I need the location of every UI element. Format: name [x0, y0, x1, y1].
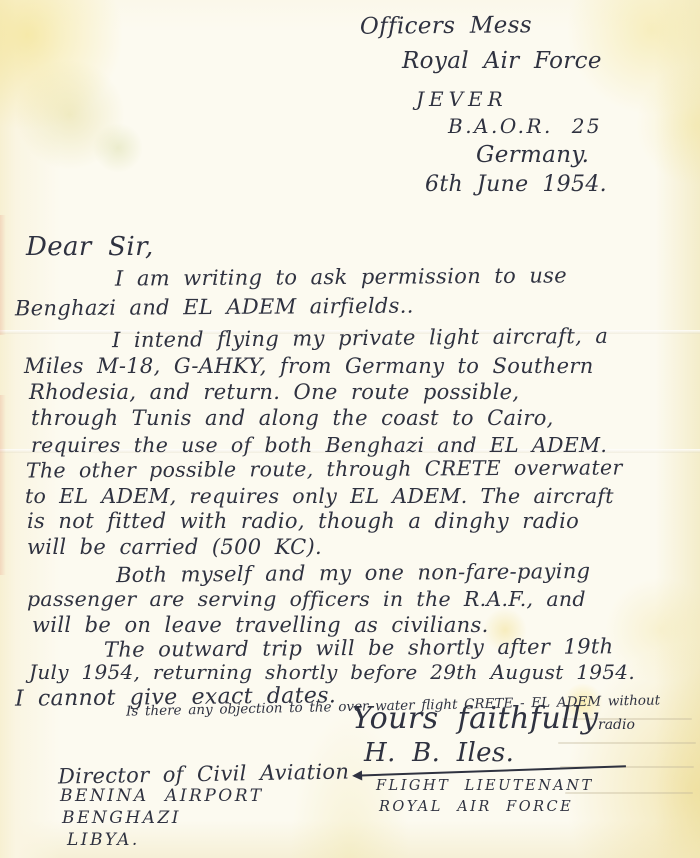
signature: H. B. Iles. — [364, 740, 514, 766]
letter-page: Officers Mess Royal Air Force JEVER B.A.… — [0, 0, 700, 858]
body-line: I am writing to ask permission to use — [115, 265, 567, 289]
marginal-note-line: radio — [598, 718, 635, 732]
rank-line: FLIGHT LIEUTENANT — [376, 779, 594, 794]
recipient-line: Director of Civil Aviation — [58, 761, 350, 787]
body-line: Benghazi and EL ADEM airfields.. — [15, 296, 414, 320]
rank-line: ROYAL AIR FORCE — [379, 800, 573, 815]
body-line: July 1954, returning shortly before 29th… — [29, 662, 635, 682]
sender-address-line: Royal Air Force — [402, 50, 602, 73]
body-line: The other possible route, through CRETE … — [26, 457, 623, 481]
body-line: through Tunis and along the coast to Cai… — [31, 408, 554, 429]
sender-address-line: B.A.O.R. 25 — [448, 116, 602, 136]
body-line: will be on leave travelling as civilians… — [32, 615, 489, 636]
body-line: is not fitted with radio, though a dingh… — [27, 511, 579, 532]
scan-artifact-line — [558, 742, 696, 744]
body-line: Both myself and my one non-fare-paying — [116, 561, 591, 586]
recipient-line: BENINA AIRPORT — [60, 788, 264, 805]
sender-address-line: JEVER — [416, 89, 508, 109]
body-line: I intend flying my private light aircraf… — [112, 326, 608, 351]
closing: Yours faithfully — [352, 704, 599, 734]
body-line: The outward trip will be shortly after 1… — [104, 636, 614, 661]
letter-date: 6th June 1954. — [425, 174, 607, 196]
scan-edge-tint — [0, 215, 6, 335]
recipient-line: LIBYA. — [67, 832, 140, 849]
body-line: passenger are serving officers in the R.… — [27, 589, 586, 610]
body-line: Miles M-18, G-AHKY, from Germany to Sout… — [24, 356, 594, 377]
body-line: requires the use of both Benghazi and EL… — [31, 435, 607, 456]
sender-address-line: Germany. — [476, 144, 589, 167]
salutation: Dear Sir, — [26, 234, 154, 260]
scan-edge-tint — [0, 395, 6, 575]
body-line: to EL ADEM, requires only EL ADEM. The a… — [25, 486, 614, 507]
underline-arrowhead-icon — [352, 770, 362, 780]
body-line: Rhodesia, and return. One route possible… — [29, 382, 519, 403]
sender-address-line: Officers Mess — [360, 14, 532, 39]
body-line: will be carried (500 KC). — [27, 537, 322, 558]
recipient-line: BENGHAZI — [62, 810, 181, 827]
